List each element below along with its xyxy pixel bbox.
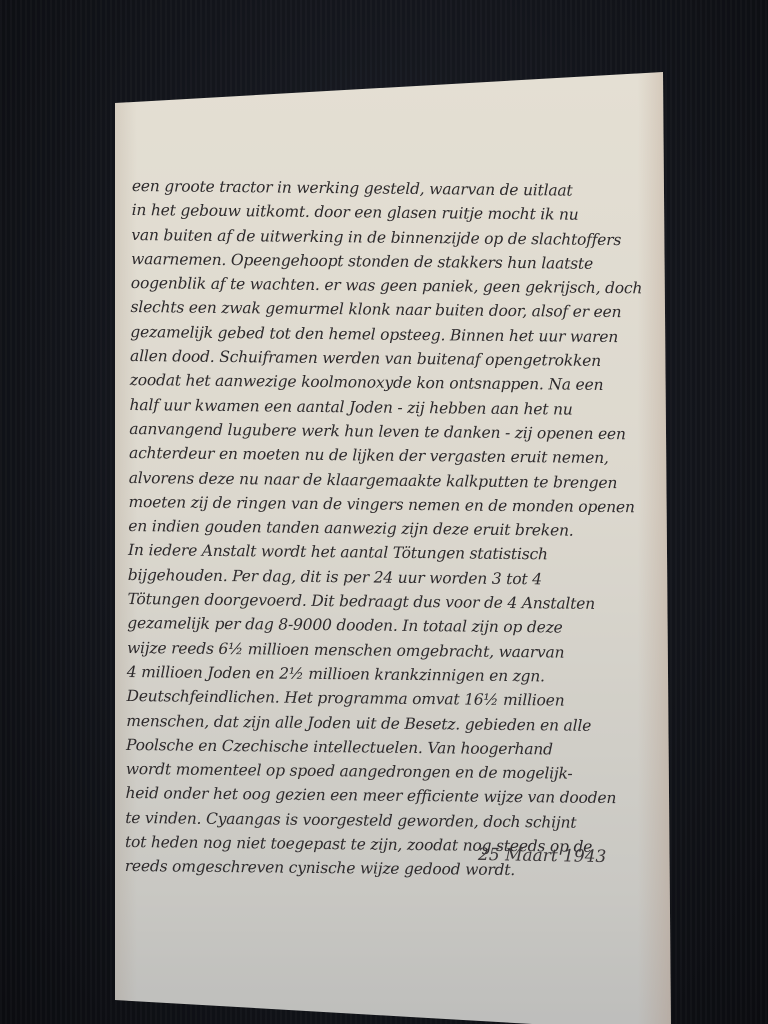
handwritten-page: een groote tractor in werking gesteld, w… — [115, 72, 671, 1024]
letter-body: een groote tractor in werking gesteld, w… — [125, 174, 662, 884]
date-signature: 25 Maart 1943 — [478, 845, 607, 867]
